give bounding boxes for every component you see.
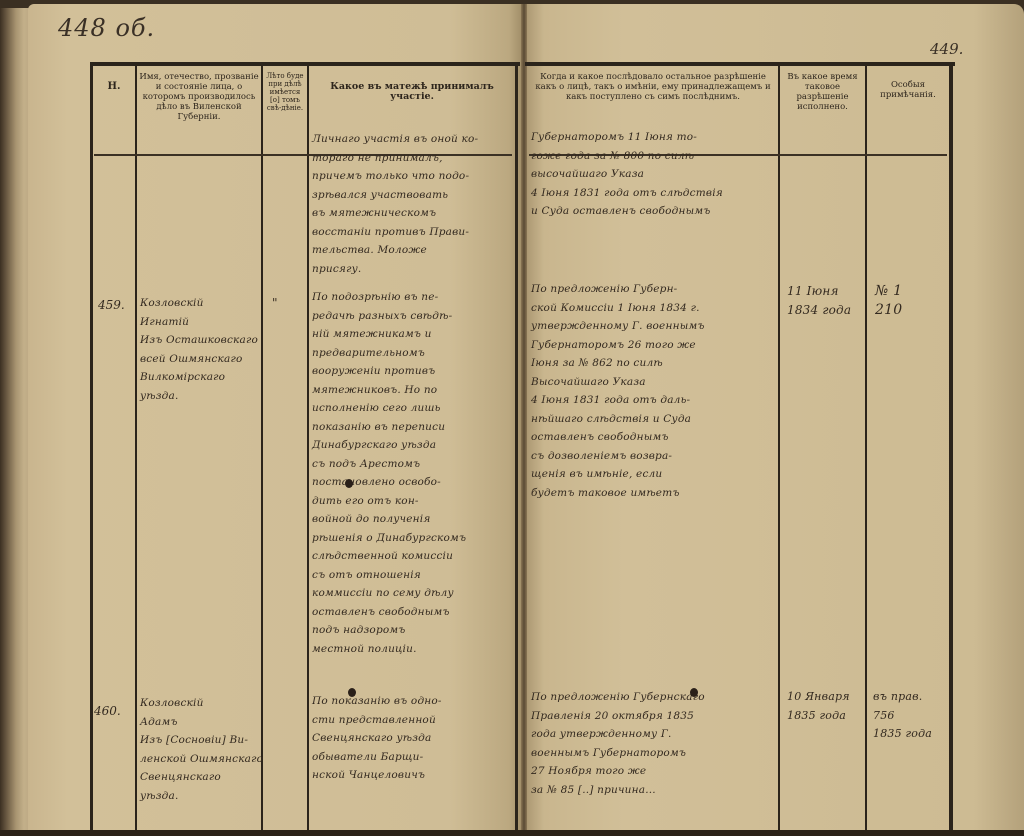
header-executed: Въ какое время таковое разрѣшеніе исполн…: [781, 72, 864, 112]
table-border-right: [515, 66, 518, 836]
entry-number: 460.: [94, 704, 121, 718]
header-name: Имя, отечество, прозваніе и состояніе ли…: [138, 72, 260, 122]
header-participation: Какое въ матежѣ принималъ участіе.: [310, 82, 514, 102]
ink-blot: [345, 479, 353, 488]
book-bottom-edge: [0, 830, 1024, 836]
ink-blot: [690, 688, 698, 697]
column-divider: [307, 66, 309, 836]
left-folio-number: 448 об.: [58, 14, 155, 42]
entry-name: Козловскій Игнатій Изъ Осташковскаго все…: [140, 294, 258, 405]
entry-notes: въ прав. 756 1835 года: [873, 688, 932, 744]
open-ledger-book: 448 об. 449. Н. Имя, отечество, прозвані…: [0, 0, 1024, 836]
ink-blot: [348, 688, 356, 697]
right-register-table: Когда и какое послѣдовало остальное разр…: [525, 62, 955, 836]
entry-participation: По подозрѣнію въ пе- редачѣ разныхъ свѣд…: [312, 288, 466, 658]
entry-notes: № 1 210: [875, 282, 902, 319]
header-resolution: Когда и какое послѣдовало остальное разр…: [529, 72, 777, 102]
entry-executed-date: 10 Января 1835 года: [787, 688, 850, 725]
entry-executed-date: 11 Іюня 1834 года: [787, 282, 851, 319]
column-divider: [135, 66, 137, 836]
table-border-left: [90, 66, 93, 836]
entry-participation: По показанію въ одно- сти представленной…: [312, 692, 442, 785]
entry-number: 459.: [98, 298, 125, 312]
left-register-table: Н. Имя, отечество, прозваніе и состояніе…: [90, 62, 520, 836]
header-case-info: Лѣто буде при дѣлѣ имѣется [о] томъ свѣ-…: [264, 72, 306, 112]
column-divider: [778, 66, 780, 836]
entry-resolution: По предложенію Губерн- ской Комиссіи 1 І…: [531, 280, 705, 502]
entry-resolution: Губернаторомъ 11 Іюня то- гоже года за №…: [531, 128, 723, 221]
ditto-mark: ": [272, 296, 278, 310]
right-folio-number: 449.: [930, 40, 963, 58]
table-border-right: [949, 66, 953, 836]
entry-name: Козловскій Адамъ Изъ [Сосновіи] Ви- ленс…: [140, 694, 263, 805]
entry-participation: Личнаго участія въ оной ко- тораго не пр…: [312, 130, 478, 278]
header-number: Н.: [94, 82, 134, 92]
entry-resolution: По предложенію Губернскаго Правленія 20 …: [531, 688, 705, 799]
column-divider: [865, 66, 867, 836]
header-notes: Особыя примѣчанія.: [868, 80, 948, 100]
